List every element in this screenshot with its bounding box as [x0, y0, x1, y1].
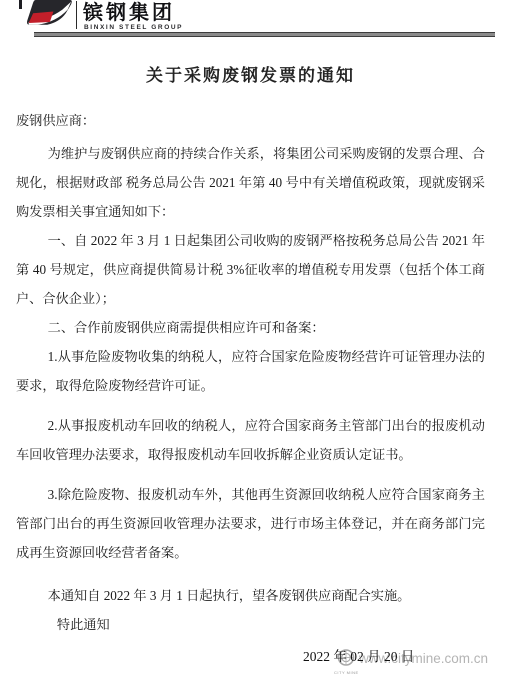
document-date: 2022 年 02 月 20 日 — [303, 648, 414, 666]
paragraph-sub-2: 2.从事报废机动车回收的纳税人，应符合国家商务主管部门出台的报废机动车回收管理办… — [16, 411, 485, 469]
company-logo-icon — [26, 0, 72, 30]
document-title: 关于采购废钢发票的通知 — [16, 64, 485, 88]
paragraph-sub-3: 3.除危险废物、报废机动车外，其他再生资源回收纳税人应符合国家商务主管部门出台的… — [16, 480, 485, 567]
closing-phrase: 特此通知 — [16, 610, 485, 639]
paragraph-effective: 本通知自 2022 年 3 月 1 日起执行，望各废钢供应商配合实施。 — [16, 581, 485, 610]
paragraph-intro: 为维护与废钢供应商的持续合作关系，将集团公司采购废钢的发票合理、合规化，根据财政… — [16, 139, 485, 226]
logo-divider — [76, 1, 77, 29]
paragraph-sub-1: 1.从事危险废物收集的纳税人，应符合国家危险废物经营许可证管理办法的要求，取得危… — [16, 342, 485, 400]
logo-tick-mark — [19, 0, 22, 9]
company-subtitle: BINXIN STEEL GROUP — [84, 24, 183, 31]
company-name: 镔钢集团 — [83, 2, 175, 24]
letterhead: 镔钢集团 BINXIN STEEL GROUP — [14, 0, 506, 38]
paragraph-item-2: 二、合作前废钢供应商需提供相应许可和备案： — [16, 313, 485, 342]
citymine-emblem-caption: CITY MINE — [334, 671, 358, 675]
salutation: 废钢供应商： — [16, 106, 485, 135]
paragraph-item-1: 一、自 2022 年 3 月 1 日起集团公司收购的废钢严格按税务总局公告 20… — [16, 226, 485, 313]
notice-document: 关于采购废钢发票的通知 废钢供应商： 为维护与废钢供应商的持续合作关系，将集团公… — [16, 37, 485, 639]
